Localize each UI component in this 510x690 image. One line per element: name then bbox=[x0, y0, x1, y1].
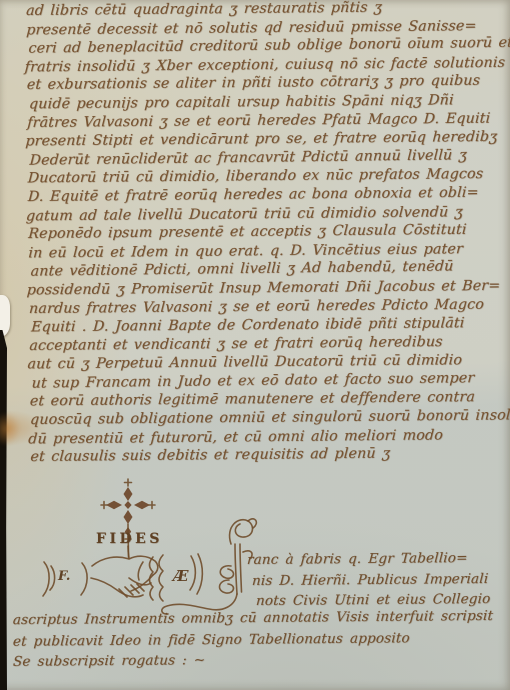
subscription-line: nis D. Hierñi. Publicus Imperiali bbox=[251, 571, 488, 590]
subscription-line: ranc à fabris q. Egr Tabellio= bbox=[246, 550, 468, 569]
left-cuff-initial: F. bbox=[58, 569, 70, 584]
manuscript-page: ad libris cētū quadraginta ʒ restauratis… bbox=[0, 0, 510, 690]
scan-edge-black bbox=[0, 330, 7, 690]
notary-paraph-icon bbox=[145, 514, 260, 618]
subscription-line: et publicavit Ideo in fidē Signo Tabelli… bbox=[12, 630, 410, 650]
subscription-line: nots Civis Utini et eius Collegio bbox=[255, 591, 491, 610]
manuscript-body-text: ad libris cētū quadraginta ʒ restauratis… bbox=[26, 0, 510, 467]
subscription-line: Se subscripsit rogatus : ~ bbox=[12, 652, 205, 671]
